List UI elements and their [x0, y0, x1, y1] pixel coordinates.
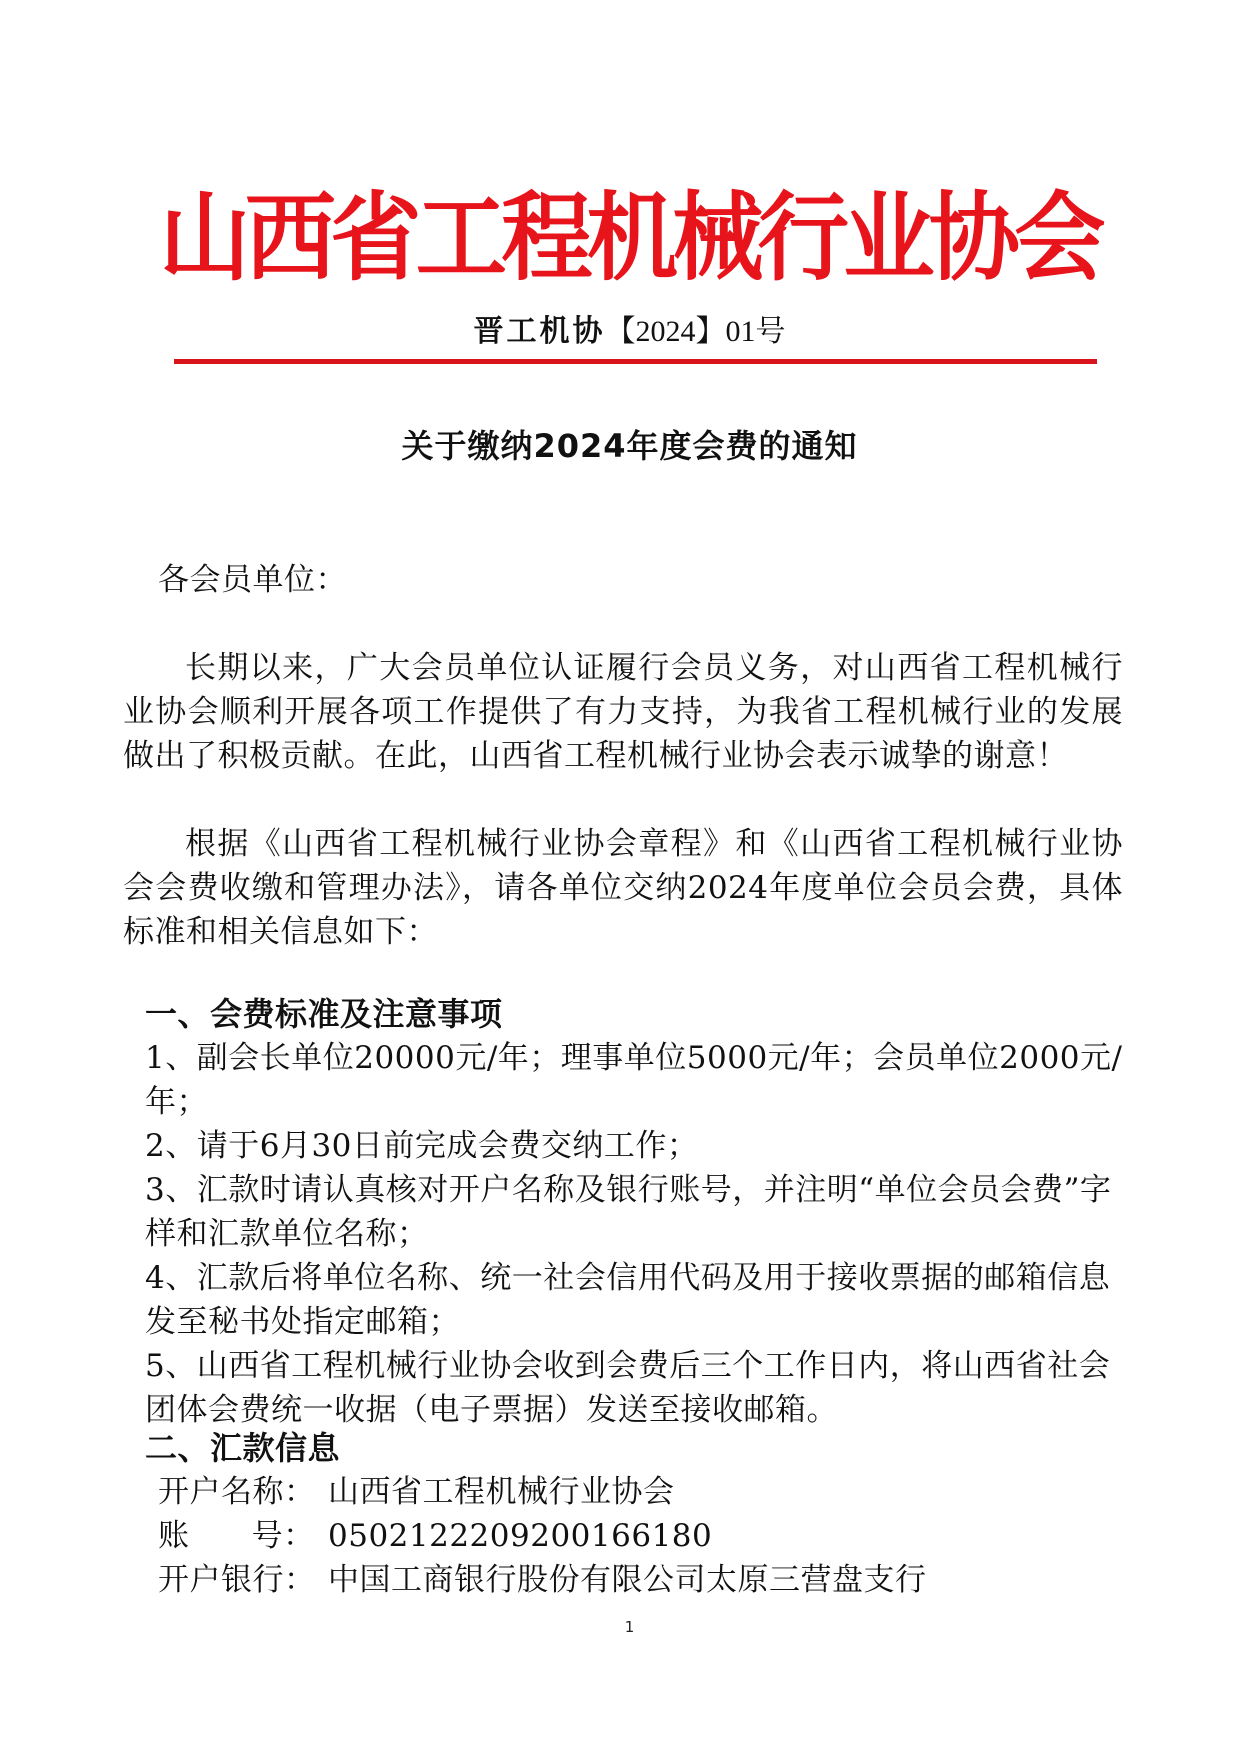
document-number: 晋工机协【2024】01号 — [0, 312, 1259, 352]
fee-notes-list: 1、副会长单位20000元/年；理事单位5000元/年；会员单位2000元/年；… — [145, 1036, 1125, 1432]
list-item: 3、汇款时请认真核对开户名称及银行账号，并注明“单位会员会费”字样和汇款单位名称… — [145, 1168, 1125, 1256]
list-item: 5、山西省工程机械行业协会收到会费后三个工作日内，将山西省社会团体会费统一收据（… — [145, 1344, 1125, 1432]
doc-number-rest: 【2024】01号 — [606, 315, 786, 348]
paragraph-basis: 根据《山西省工程机械行业协会章程》和《山西省工程机械行业协会会费收缴和管理办法》… — [123, 822, 1123, 954]
account-number-value: 0502122209200166180 — [328, 1514, 712, 1558]
section-heading-remittance: 二、汇款信息 — [145, 1426, 1145, 1470]
account-name-value: 山西省工程机械行业协会 — [328, 1470, 675, 1514]
bank-label: 开户银行： — [158, 1558, 328, 1602]
account-name-label: 开户名称： — [158, 1470, 328, 1514]
paragraph-intro: 长期以来，广大会员单位认证履行会员义务，对山西省工程机械行业协会顺利开展各项工作… — [123, 646, 1123, 778]
page-number: 1 — [0, 1618, 1259, 1636]
account-number-label: 账 号： — [158, 1514, 328, 1558]
list-item: 1、副会长单位20000元/年；理事单位5000元/年；会员单位2000元/年； — [145, 1036, 1125, 1124]
organization-masthead: 山西省工程机械行业协会 — [31, 178, 1227, 298]
section-heading-fee-standards: 一、会费标准及注意事项 — [145, 992, 1145, 1036]
list-item: 4、汇款后将单位名称、统一社会信用代码及用于接收票据的邮箱信息发至秘书处指定邮箱… — [145, 1256, 1125, 1344]
account-number-row: 账 号： 0502122209200166180 — [158, 1514, 1058, 1558]
account-name-row: 开户名称： 山西省工程机械行业协会 — [158, 1470, 1058, 1514]
red-header-rule — [174, 359, 1097, 364]
salutation: 各会员单位： — [158, 558, 1158, 602]
remittance-info: 开户名称： 山西省工程机械行业协会 账 号： 05021222092001661… — [158, 1470, 1058, 1602]
bank-value: 中国工商银行股份有限公司太原三营盘支行 — [328, 1558, 927, 1602]
bank-row: 开户银行： 中国工商银行股份有限公司太原三营盘支行 — [158, 1558, 1058, 1602]
notice-title: 关于缴纳2024年度会费的通知 — [0, 424, 1259, 468]
doc-number-prefix: 晋工机协 — [474, 314, 606, 349]
list-item: 2、请于6月30日前完成会费交纳工作； — [145, 1124, 1125, 1168]
